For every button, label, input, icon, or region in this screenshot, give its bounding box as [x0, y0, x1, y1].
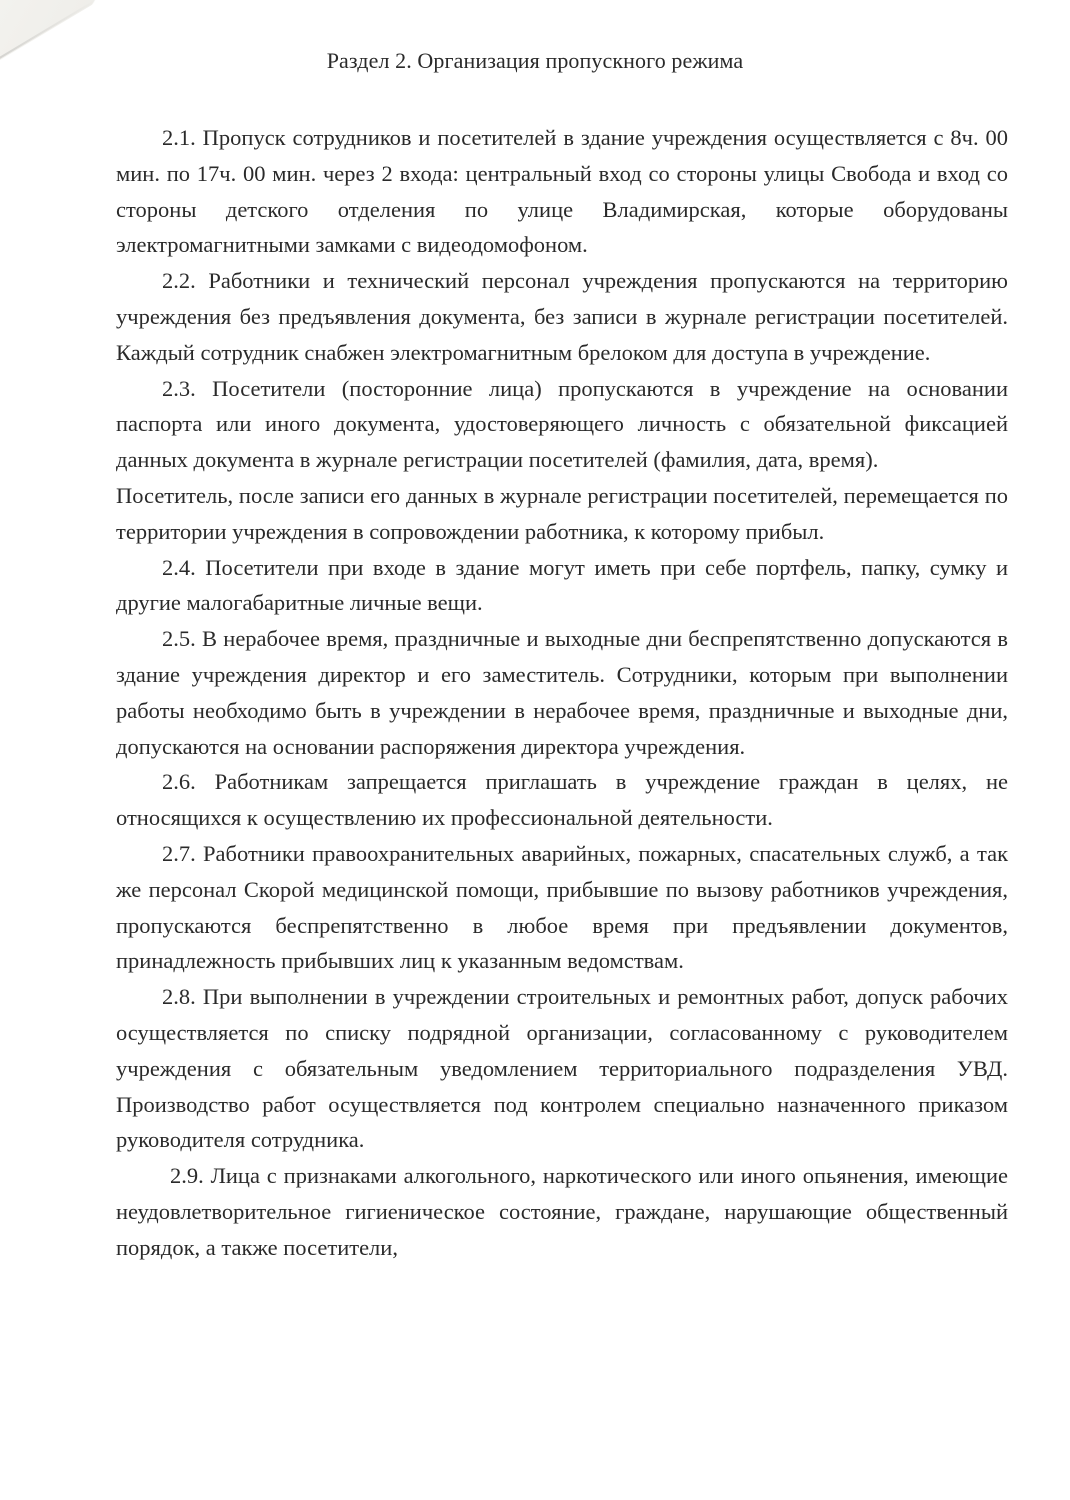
paragraph-2-1: 2.1. Пропуск сотрудников и посетителей в…	[116, 120, 1008, 263]
section-title: Раздел 2. Организация пропускного режима	[0, 48, 1070, 74]
paragraph-2-3: 2.3. Посетители (посторонние лица) пропу…	[116, 371, 1008, 478]
paragraph-2-5: 2.5. В нерабочее время, праздничные и вы…	[116, 621, 1008, 764]
paragraph-2-7: 2.7. Работники правоохранительных аварий…	[116, 836, 1008, 979]
paragraph-2-6: 2.6. Работникам запрещается приглашать в…	[116, 764, 1008, 836]
document-body: 2.1. Пропуск сотрудников и посетителей в…	[116, 120, 1008, 1266]
paragraph-2-9: 2.9. Лица с признаками алкогольного, нар…	[116, 1158, 1008, 1265]
paragraph-2-4: 2.4. Посетители при входе в здание могут…	[116, 550, 1008, 622]
paragraph-2-2: 2.2. Работники и технический персонал уч…	[116, 263, 1008, 370]
paragraph-2-3-continued: Посетитель, после записи его данных в жу…	[116, 478, 1008, 550]
paragraph-2-8: 2.8. При выполнении в учреждении строите…	[116, 979, 1008, 1158]
